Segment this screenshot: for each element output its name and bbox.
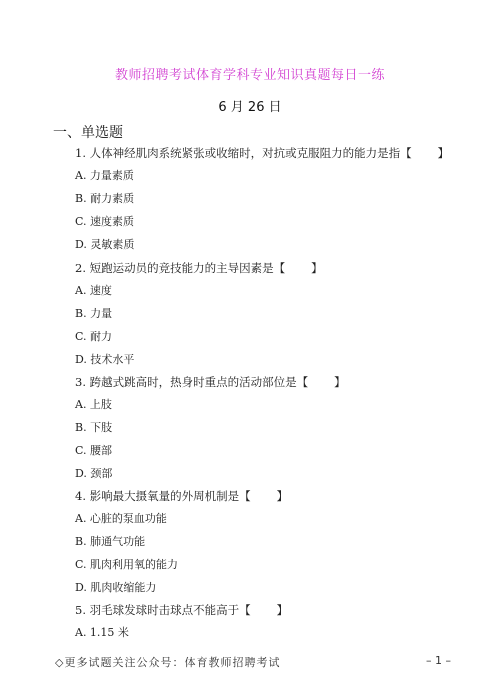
question-1-option-a: A. 力量素质 (75, 169, 134, 183)
page-date: 6 月 26 日 (0, 96, 500, 115)
footer-note: ◇更多试题关注公众号：体育教师招聘考试 (55, 654, 280, 670)
question-stem-text: 1. 人体神经肌肉系统紧张或收缩时，对抗或克服阻力的能力是指【 (75, 146, 412, 160)
question-2-option-c: C. 耐力 (75, 330, 112, 344)
question-2-stem: 2. 短跑运动员的竞技能力的主导因素是【】 (75, 261, 323, 275)
question-3-option-a: A. 上肢 (75, 398, 112, 412)
question-3-option-d: D. 颈部 (75, 467, 112, 481)
question-4-stem: 4. 影响最大摄氧量的外周机制是【】 (75, 489, 288, 503)
bracket-close: 】 (311, 261, 323, 275)
bracket-close: 】 (334, 375, 346, 389)
page-title: 教师招聘考试体育学科专业知识真题每日一练 (0, 64, 500, 83)
question-1-option-c: C. 速度素质 (75, 215, 134, 229)
question-4-option-d: D. 肌肉收缩能力 (75, 581, 156, 595)
question-1-option-d: D. 灵敏素质 (75, 238, 134, 252)
question-3-option-b: B. 下肢 (75, 421, 112, 435)
bracket-close: 】 (277, 603, 289, 617)
question-5-option-a: A. 1.15 米 (75, 626, 129, 640)
question-4-option-c: C. 肌肉利用氧的能力 (75, 558, 178, 572)
question-3-stem: 3. 跨越式跳高时，热身时重点的活动部位是【】 (75, 375, 346, 389)
question-stem-text: 3. 跨越式跳高时，热身时重点的活动部位是【 (75, 375, 308, 389)
question-stem-text: 4. 影响最大摄氧量的外周机制是【 (75, 489, 251, 503)
question-1-stem: 1. 人体神经肌肉系统紧张或收缩时，对抗或克服阻力的能力是指【】 (75, 146, 449, 160)
question-2-option-d: D. 技术水平 (75, 353, 134, 367)
question-5-stem: 5. 羽毛球发球时击球点不能高于【】 (75, 603, 288, 617)
question-2-option-b: B. 力量 (75, 307, 112, 321)
question-4-option-b: B. 肺通气功能 (75, 535, 145, 549)
question-1-option-b: B. 耐力素质 (75, 192, 134, 206)
page-number: – 1 – (426, 654, 451, 667)
question-stem-text: 2. 短跑运动员的竞技能力的主导因素是【 (75, 261, 285, 275)
question-2-option-a: A. 速度 (75, 284, 112, 298)
question-stem-text: 5. 羽毛球发球时击球点不能高于【 (75, 603, 251, 617)
question-4-option-a: A. 心脏的泵血功能 (75, 512, 167, 526)
question-3-option-c: C. 腰部 (75, 444, 112, 458)
bracket-close: 】 (438, 146, 450, 160)
section-heading: 一、单选题 (53, 122, 123, 142)
bracket-close: 】 (277, 489, 289, 503)
